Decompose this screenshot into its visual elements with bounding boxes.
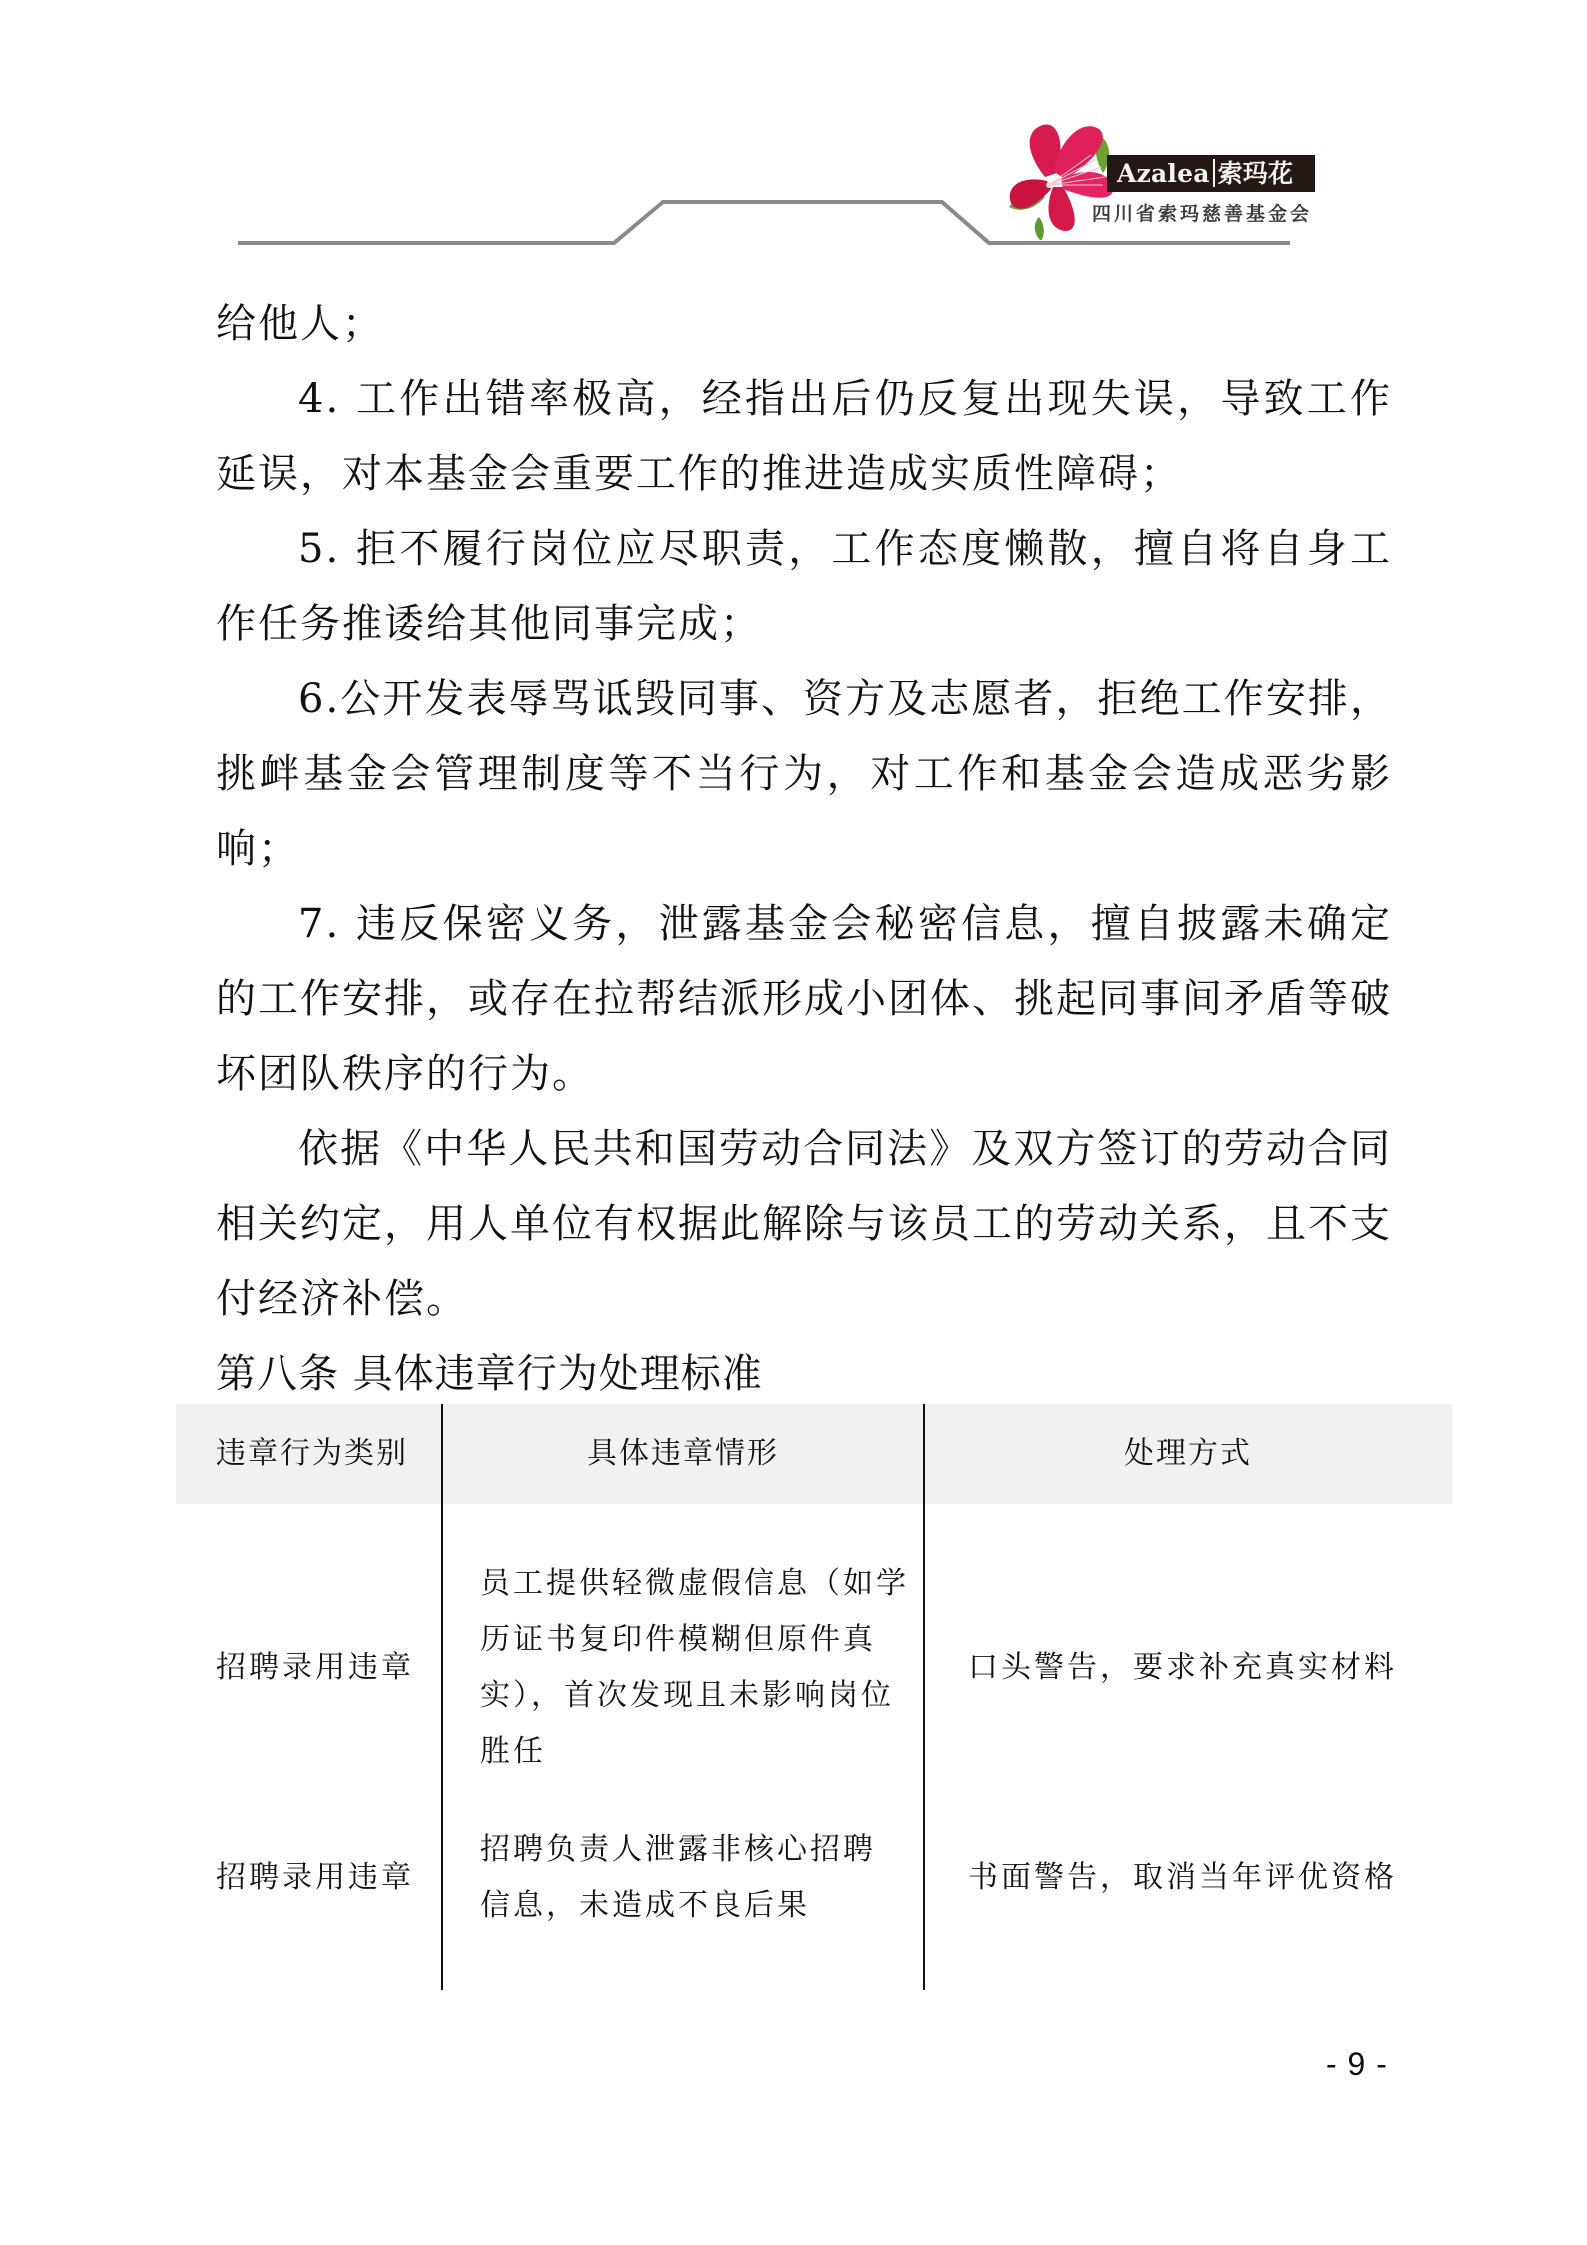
- paragraph-line: 7. 违反保密义务，泄露基金会秘密信息，擅自披露未确定: [216, 887, 1392, 962]
- column-header-category: 违章行为类别: [216, 1404, 408, 1504]
- column-header-handling: 处理方式: [924, 1404, 1452, 1504]
- cell-situation-line: 实），首次发现且未影响岗位: [480, 1668, 909, 1724]
- cell-category: 招聘录用违章: [216, 1640, 414, 1696]
- logo-brand-cn: 索玛花: [1218, 159, 1294, 188]
- paragraph-line: 4. 工作出错率极高，经指出后仍反复出现失误，导致工作: [216, 362, 1392, 437]
- column-divider: [441, 1404, 443, 1990]
- cell-situation-line: 招聘负责人泄露非核心招聘: [480, 1822, 876, 1878]
- paragraph-line: 付经济补偿。: [216, 1262, 1392, 1337]
- table-row: 招聘录用违章 员工提供轻微虚假信息（如学 历证书复印件模糊但原件真 实），首次发…: [176, 1504, 1452, 1804]
- paragraph-line: 作任务推诿给其他同事完成；: [216, 587, 1392, 662]
- cell-situation-line: 信息，未造成不良后果: [480, 1878, 876, 1934]
- logo-org-name: 四川省索玛慈善基金会: [1092, 199, 1312, 226]
- cell-handling: 口头警告，要求补充真实材料: [968, 1640, 1397, 1696]
- paragraph-line: 挑衅基金会管理制度等不当行为，对工作和基金会造成恶劣影: [216, 737, 1392, 812]
- table-header: 违章行为类别 具体违章情形 处理方式: [176, 1404, 1452, 1504]
- table-row: 招聘录用违章 招聘负责人泄露非核心招聘 信息，未造成不良后果 书面警告，取消当年…: [176, 1804, 1452, 1990]
- paragraph-line: 响；: [216, 812, 1392, 887]
- violation-table: 违章行为类别 具体违章情形 处理方式 招聘录用违章 员工提供轻微虚假信息（如学 …: [176, 1404, 1452, 1990]
- logo-brand-en: Azalea: [1117, 159, 1210, 188]
- paragraph-line: 5. 拒不履行岗位应尽职责，工作态度懒散，擅自将自身工: [216, 512, 1392, 587]
- paragraph-line: 相关约定，用人单位有权据此解除与该员工的劳动关系，且不支: [216, 1187, 1392, 1262]
- paragraph-line: 6.公开发表辱骂诋毁同事、资方及志愿者，拒绝工作安排，: [216, 662, 1392, 737]
- logo-brand: Azalea索玛花: [1117, 155, 1293, 192]
- cell-situation-line: 历证书复印件模糊但原件真: [480, 1612, 909, 1668]
- cell-situation: 员工提供轻微虚假信息（如学 历证书复印件模糊但原件真 实），首次发现且未影响岗位…: [480, 1556, 909, 1780]
- header-rule: [0, 0, 1587, 260]
- page-number: - 9 -: [1326, 2044, 1388, 2084]
- cell-category: 招聘录用违章: [216, 1850, 414, 1906]
- column-header-situation: 具体违章情形: [442, 1404, 924, 1504]
- cell-situation-line: 员工提供轻微虚假信息（如学: [480, 1556, 909, 1612]
- paragraph-line: 坏团队秩序的行为。: [216, 1037, 1392, 1112]
- cell-situation-line: 胜任: [480, 1724, 909, 1780]
- logo-divider: [1213, 159, 1215, 187]
- document-body: 给他人； 4. 工作出错率极高，经指出后仍反复出现失误，导致工作 延误，对本基金…: [216, 287, 1392, 1412]
- cell-handling: 书面警告，取消当年评优资格: [968, 1850, 1397, 1906]
- foundation-logo: Azalea索玛花 四川省索玛慈善基金会: [1005, 115, 1320, 240]
- cell-situation: 招聘负责人泄露非核心招聘 信息，未造成不良后果: [480, 1822, 876, 1934]
- paragraph-line: 的工作安排，或存在拉帮结派形成小团体、挑起同事间矛盾等破: [216, 962, 1392, 1037]
- paragraph-line: 给他人；: [216, 287, 1392, 362]
- section-heading: 第八条 具体违章行为处理标准: [216, 1337, 1392, 1412]
- paragraph-line: 延误，对本基金会重要工作的推进造成实质性障碍；: [216, 437, 1392, 512]
- column-divider: [923, 1404, 925, 1990]
- paragraph-line: 依据《中华人民共和国劳动合同法》及双方签订的劳动合同: [216, 1112, 1392, 1187]
